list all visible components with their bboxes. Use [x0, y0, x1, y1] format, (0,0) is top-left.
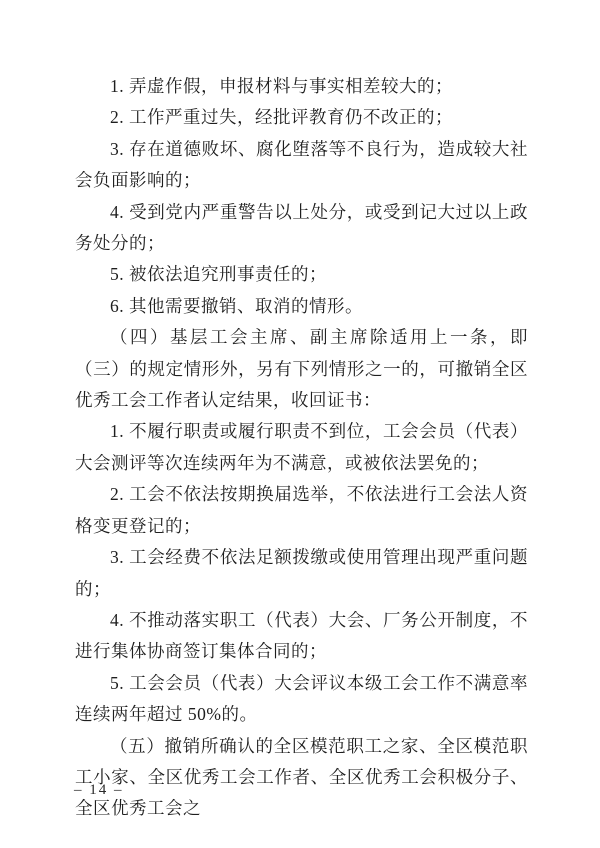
page-number: – 14 –	[74, 782, 124, 798]
paragraph-sub-clause-3: 3. 工会经费不依法足额拨缴或使用管理出现严重问题的；	[75, 542, 528, 605]
paragraph-sub-clause-2: 2. 工会不依法按期换届选举，不依法进行工会法人资格变更登记的；	[75, 479, 528, 542]
page-footer: – 14 –	[74, 781, 124, 799]
paragraph-clause-3: 3. 存在道德败坏、腐化堕落等不良行为，造成较大社会负面影响的；	[75, 134, 528, 197]
paragraph-sub-clause-1: 1. 不履行职责或履行职责不到位，工会会员（代表）大会测评等次连续两年为不满意，…	[75, 416, 528, 479]
paragraph-section-4: （四）基层工会主席、副主席除适用上一条，即（三）的规定情形外，另有下列情形之一的…	[75, 322, 528, 416]
paragraph-section-5: （五）撤销所确认的全区模范职工之家、全区模范职工小家、全区优秀工会工作者、全区优…	[75, 731, 528, 825]
paragraph-clause-2: 2. 工作严重过失，经批评教育仍不改正的；	[75, 102, 528, 133]
document-body: 1. 弄虚作假，申报材料与事实相差较大的； 2. 工作严重过失，经批评教育仍不改…	[75, 71, 528, 825]
paragraph-clause-1: 1. 弄虚作假，申报材料与事实相差较大的；	[75, 71, 528, 102]
paragraph-clause-5: 5. 被依法追究刑事责任的；	[75, 259, 528, 290]
document-page: 1. 弄虚作假，申报材料与事实相差较大的； 2. 工作严重过失，经批评教育仍不改…	[0, 0, 600, 848]
paragraph-clause-4: 4. 受到党内严重警告以上处分，或受到记大过以上政务处分的；	[75, 197, 528, 260]
paragraph-clause-6: 6. 其他需要撤销、取消的情形。	[75, 291, 528, 322]
paragraph-sub-clause-5: 5. 工会会员（代表）大会评议本级工会工作不满意率连续两年超过 50%的。	[75, 668, 528, 731]
paragraph-sub-clause-4: 4. 不推动落实职工（代表）大会、厂务公开制度，不进行集体协商签订集体合同的；	[75, 605, 528, 668]
